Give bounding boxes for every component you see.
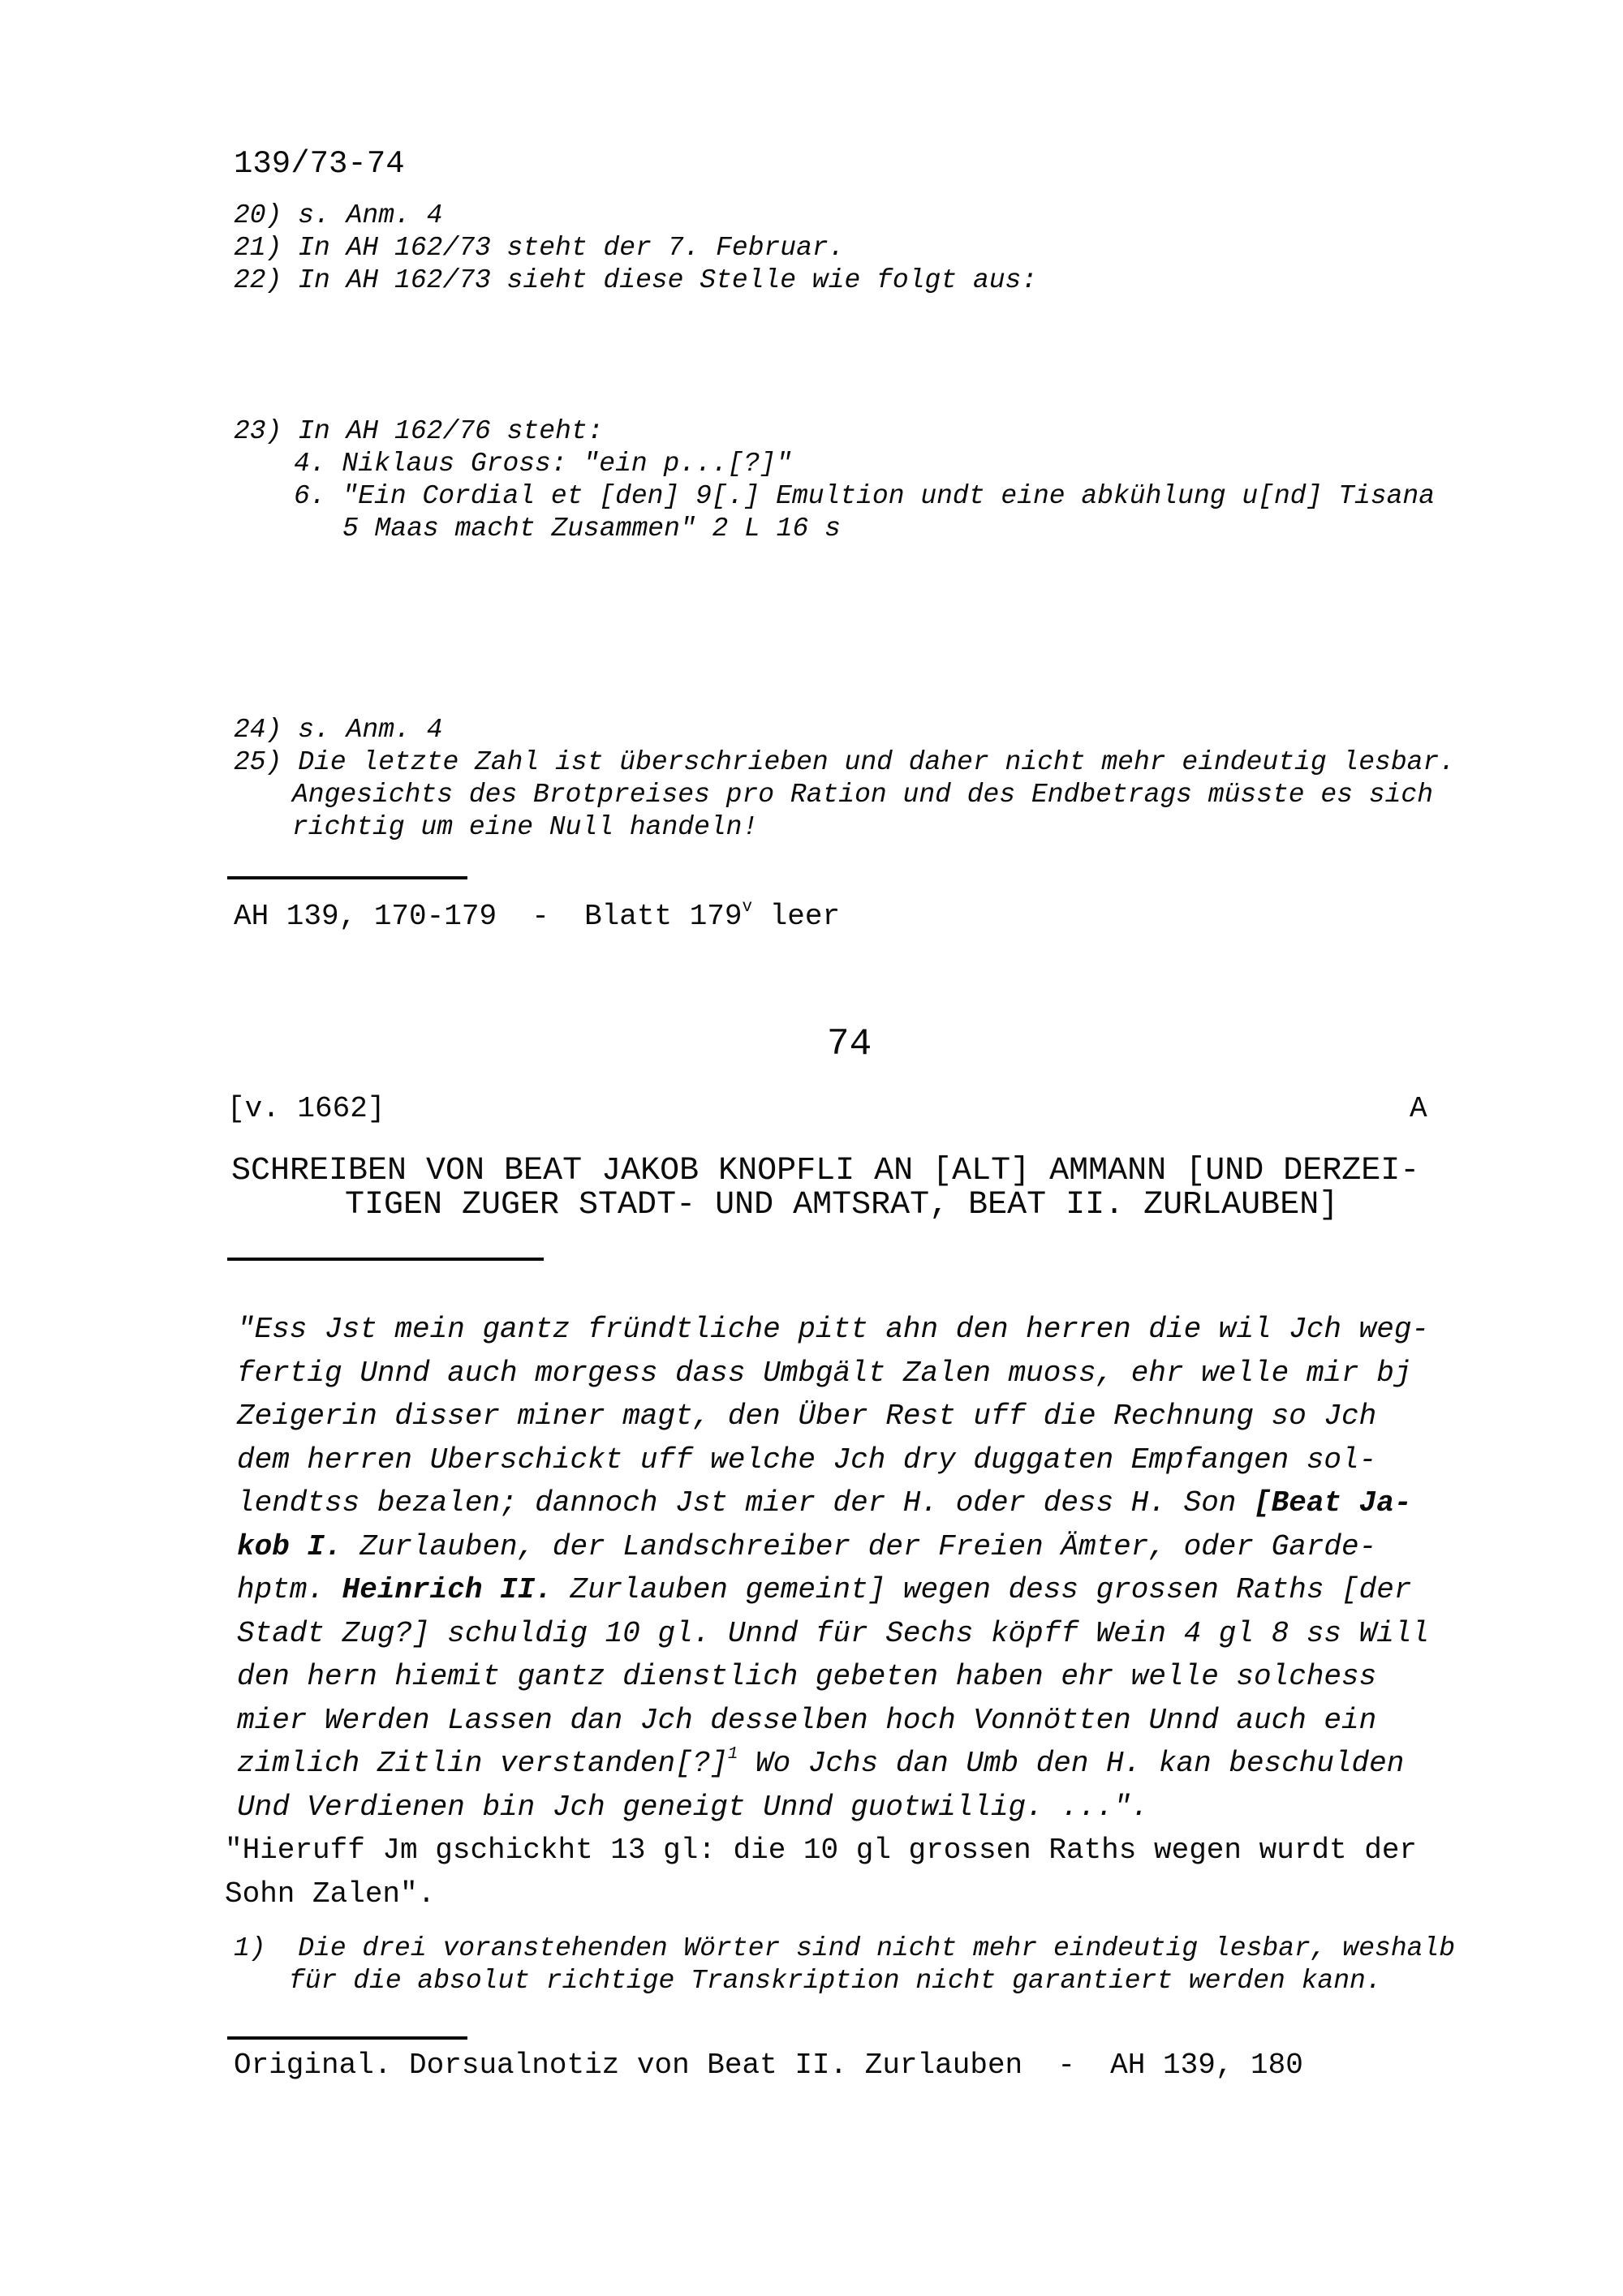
- date-row: [v. 1662] A: [0, 1092, 1623, 1129]
- text-line: Zeigerin disser miner magt, den Über Res…: [237, 1395, 1429, 1438]
- text-line: Stadt Zug?] schuldig 10 gl. Unnd für Sec…: [237, 1612, 1429, 1656]
- text-line: 4. Niklaus Gross: "ein p...[?]": [294, 448, 1435, 480]
- text-line: dem herren Uberschickt uff welche Jch dr…: [237, 1438, 1429, 1482]
- text-line: lendtss bezalen; dannoch Jst mier der H.…: [237, 1481, 1429, 1525]
- text-line: kob I. Zurlauben, der Landschreiber der …: [237, 1525, 1429, 1569]
- text-line: richtig um eine Null handeln!: [292, 811, 1455, 844]
- entry-marker: A: [1410, 1092, 1427, 1125]
- text-line: Angesichts des Brotpreises pro Ration un…: [292, 779, 1455, 811]
- text-line: 25) Die letzte Zahl ist überschrieben un…: [234, 746, 1455, 779]
- text-line: 6. "Ein Cordial et [den] 9[.] Emultion u…: [294, 480, 1435, 513]
- text-line: 5 Maas macht Zusammen" 2 L 16 s: [342, 513, 1435, 545]
- footnote-23: 23) In AH 162/76 steht:4. Niklaus Gross:…: [234, 415, 1435, 545]
- entry-number: 74: [827, 1024, 872, 1064]
- text-line: 20) s. Anm. 4: [234, 200, 1037, 232]
- footnote-1: 1) Die drei voranstehenden Wörter sind n…: [234, 1933, 1455, 1997]
- text-line: 22) In AH 162/73 sieht diese Stelle wie …: [234, 264, 1037, 297]
- text-line: hptm. Heinrich II. Zurlauben gemeint] we…: [237, 1568, 1429, 1612]
- doc-reference: 139/73-74: [234, 146, 405, 182]
- document-page: { "header": { "doc_ref": "139/73-74" }, …: [0, 0, 1623, 2296]
- text-line: den hern hiemit gantz dienstlich gebeten…: [237, 1655, 1429, 1699]
- text-line: "Hieruff Jm gschickht 13 gl: die 10 gl g…: [225, 1829, 1429, 1872]
- footnotes-20-22: 20) s. Anm. 421) In AH 162/73 steht der …: [234, 200, 1037, 297]
- separator-rule-title: [227, 1258, 544, 1261]
- text-line: Und Verdienen bin Jch geneigt Unnd guotw…: [237, 1786, 1429, 1829]
- text-line: zimlich Zitlin verstanden[?]1 Wo Jchs da…: [237, 1742, 1429, 1786]
- source-line: Original. Dorsualnotiz von Beat II. Zurl…: [234, 2048, 1303, 2083]
- entry-title-line-2: TIGEN ZUGER STADT- UND AMTSRAT, BEAT II.…: [345, 1188, 1338, 1223]
- text-line: 23) In AH 162/76 steht:: [234, 415, 1435, 448]
- quoted-letter-body: "Ess Jst mein gantz fründtliche pitt ahn…: [225, 1308, 1429, 1915]
- separator-rule-top: [227, 876, 467, 879]
- footnotes-24-25: 24) s. Anm. 425) Die letzte Zahl ist übe…: [234, 714, 1455, 844]
- separator-rule-bottom: [227, 2036, 467, 2040]
- text-line: fertig Unnd auch morgess dass Umbgält Za…: [237, 1352, 1429, 1395]
- entry-title-line-1: SCHREIBEN VON BEAT JAKOB KNOPFLI AN [ALT…: [231, 1154, 1419, 1189]
- text-line: 1) Die drei voranstehenden Wörter sind n…: [234, 1933, 1455, 1965]
- archive-reference-line: AH 139, 170-179 - Blatt 179v leer: [234, 899, 840, 935]
- text-line: für die absolut richtige Transkription n…: [289, 1965, 1455, 1997]
- text-line: Sohn Zalen".: [225, 1872, 1429, 1916]
- text-line: AH 139, 170-179 - Blatt 179v leer: [234, 899, 840, 935]
- text-line: "Ess Jst mein gantz fründtliche pitt ahn…: [237, 1308, 1429, 1352]
- text-line: mier Werden Lassen dan Jch desselben hoc…: [237, 1699, 1429, 1743]
- text-line: 21) In AH 162/73 steht der 7. Februar.: [234, 232, 1037, 264]
- text-line: 24) s. Anm. 4: [234, 714, 1455, 746]
- entry-date: [v. 1662]: [227, 1092, 385, 1125]
